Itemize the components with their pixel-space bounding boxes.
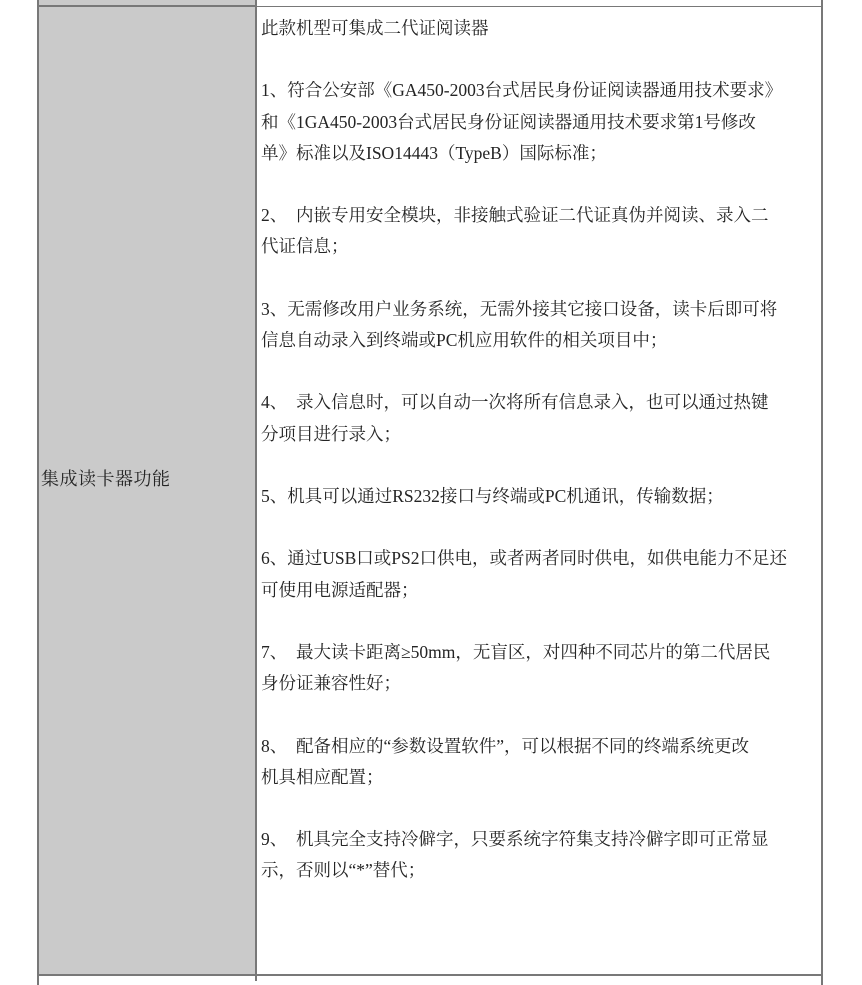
spec-item-5: 5、机具可以通过RS232接口与终端或PC机通讯，传输数据； xyxy=(261,481,818,512)
table-row: 集成读卡器功能 此款机型可集成二代证阅读器 1、符合公安部《GA450-2003… xyxy=(39,7,821,976)
next-row-content-cell xyxy=(257,976,821,982)
spec-item-4: 4、 录入信息时，可以自动一次将所有信息录入，也可以通过热键 分项目进行录入； xyxy=(261,387,818,449)
previous-row-label-cell xyxy=(39,0,257,5)
next-row-sliver xyxy=(39,976,821,981)
spec-table: 集成读卡器功能 此款机型可集成二代证阅读器 1、符合公安部《GA450-2003… xyxy=(37,0,823,985)
feature-name-label: 集成读卡器功能 xyxy=(41,465,171,491)
spec-item-8: 8、 配备相应的“参数设置软件”，可以根据不同的终端系统更改 机具相应配置； xyxy=(261,731,818,793)
spec-item-3: 3、无需修改用户业务系统，无需外接其它接口设备，读卡后即可将 信息自动录入到终端… xyxy=(261,294,818,356)
feature-label-cell: 集成读卡器功能 xyxy=(39,7,257,974)
spec-item-6: 6、通过USB口或PS2口供电，或者两者同时供电，如供电能力不足还 可使用电源适… xyxy=(261,543,818,605)
spec-item-2: 2、 内嵌专用安全模块，非接触式验证二代证真伪并阅读、录入二 代证信息； xyxy=(261,200,818,262)
previous-row-sliver xyxy=(39,0,821,7)
previous-row-content-cell xyxy=(257,0,821,6)
next-row-label-cell xyxy=(39,976,257,981)
feature-description-cell: 此款机型可集成二代证阅读器 1、符合公安部《GA450-2003台式居民身份证阅… xyxy=(257,7,821,974)
document-page: 集成读卡器功能 此款机型可集成二代证阅读器 1、符合公安部《GA450-2003… xyxy=(0,0,862,985)
spec-intro: 此款机型可集成二代证阅读器 xyxy=(261,13,818,44)
spec-item-1: 1、符合公安部《GA450-2003台式居民身份证阅读器通用技术要求》 和《1G… xyxy=(261,75,818,169)
spec-item-7: 7、 最大读卡距离≥50mm，无盲区，对四种不同芯片的第二代居民 身份证兼容性好… xyxy=(261,637,818,699)
spec-item-9: 9、 机具完全支持冷僻字，只要系统字符集支持冷僻字即可正常显 示，否则以“*”替… xyxy=(261,824,818,886)
